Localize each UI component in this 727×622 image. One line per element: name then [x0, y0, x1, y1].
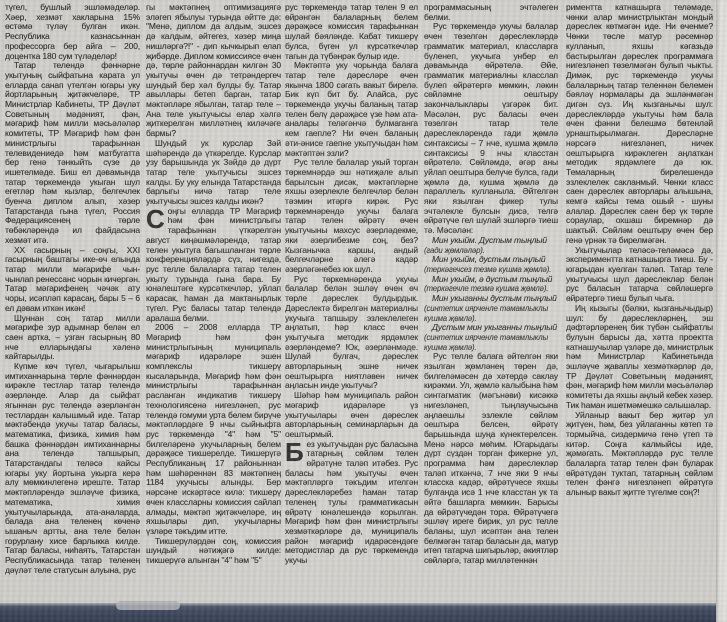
- text-column-5: риментта катнашырга теләмәде, чөнки алар…: [566, 3, 713, 600]
- paragraph: Тикшерүләрдән соң, комиссия шундый нәтиҗ…: [146, 537, 281, 566]
- example-sentence: Мин укыйм. Дустым тыңлый: [424, 236, 558, 246]
- paragraph: Укытучылар теләсә-теләмәсә дә, экспериме…: [566, 246, 713, 304]
- paragraph: рус төркемендә татар телен 9 ел өйрәнгән…: [285, 3, 418, 61]
- text-column-2: гы мәктәпнең оптимизациягә эләгеп ябылуы…: [146, 3, 281, 600]
- bottom-band-notch: [116, 601, 180, 610]
- paragraph: түгел, бушлый эшләмәделәр. Хәер, хезмәт …: [5, 3, 140, 61]
- paragraph: программасының эчтәлеген белми.: [424, 3, 558, 22]
- bottom-edge-band: [0, 603, 727, 622]
- example-gloss: (синтетик иярченле тәмамлыклы кушма җөмл…: [424, 304, 558, 323]
- drop-cap-letter: Б: [285, 440, 307, 463]
- paragraph: Татар телендә фәннәрне укытуның сыйфатын…: [5, 61, 140, 245]
- paragraph: Шәһәр һәм муниципаль район мәгариф идарә…: [285, 391, 418, 440]
- text-column-4: программасының эчтәлеген белми. Рус төрк…: [424, 3, 558, 600]
- paragraph-with-dropcap: Без укытучыдан рус баласына татарның сөй…: [285, 440, 418, 566]
- example-gloss: (синтетик иярченле тәмамлыклы кушма җөмл…: [424, 333, 558, 352]
- paragraph: гы мәктәпнең оптимизациягә эләгеп ябылуы…: [146, 3, 281, 139]
- drop-cap-letter: С: [146, 207, 168, 230]
- paragraph: Иң кызыгы (бәлки, кызганычыдыр) шул: бу …: [566, 304, 713, 411]
- paragraph: ХХ гасырның – соңгы, ХХI гасырның баштаг…: [5, 246, 140, 314]
- example-sentence: Мин укыйм, ә дустым тыңлый: [424, 275, 558, 285]
- paragraph: Шуннан соң татар милли мәгарифе зур адым…: [5, 314, 140, 363]
- paragraph: Күпме көч түгел, чыгарылыш имтиханнарына…: [5, 362, 140, 575]
- text-column-1: түгел, бушлый эшләмәделәр. Хәер, хезмәт …: [5, 3, 140, 600]
- paragraph: 2006 – 2008 елларда ТР Мәгариф һәм фән м…: [146, 323, 281, 536]
- paragraph-with-dropcap: Соңгы елларда ТР Мәгариф һәм фән министр…: [146, 207, 281, 323]
- paragraph: Шундый ук курслар Зәй шәһәрендә дә үткәр…: [146, 139, 281, 207]
- page-right-edge: [716, 0, 727, 622]
- text-column-3: рус төркемендә татар телен 9 ел өйрәнгән…: [285, 3, 418, 600]
- example-sentence: Мин укыганны дустым тыңлый: [424, 294, 558, 304]
- paragraph: Рус төркемендә укучы балалар өчен төзелг…: [424, 22, 558, 235]
- example-sentence: Дустым мин укыганны тыңлый: [424, 323, 558, 333]
- paragraph: Уйланыр вакыт бер җитәр ул җитүен, һәм, …: [566, 411, 713, 498]
- paragraph: Мәктәптә уку чорында балага татар теле д…: [285, 61, 418, 158]
- newspaper-page: түгел, бушлый эшләмәделәр. Хәер, хезмәт …: [0, 0, 727, 622]
- paragraph: Рус телле балалар укый торган төркемнәрд…: [285, 158, 418, 274]
- paragraph: Рус телле балага әйтелгән яки язылган җө…: [424, 352, 558, 565]
- paragraph: Рус төркемнәрендә укучы балалар белән эш…: [285, 275, 418, 391]
- paragraph: риментта катнашырга теләмәде, чөнки алар…: [566, 3, 713, 246]
- example-sentence: Мин укыйм, дустым тыңлый: [424, 255, 558, 265]
